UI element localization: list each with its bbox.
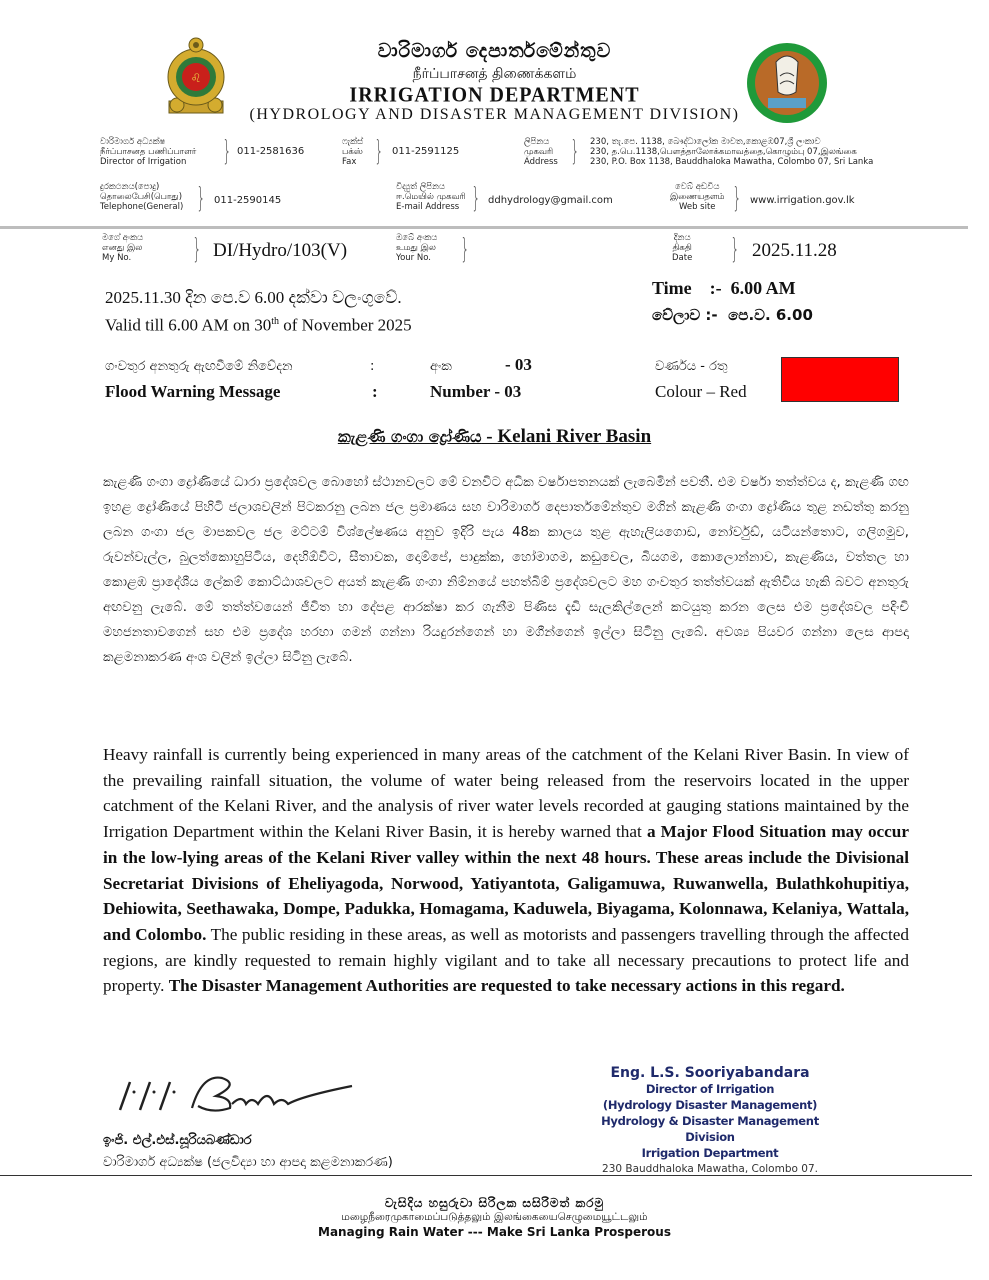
signature [112,1068,372,1118]
signatory-title-sinhala: වාරිමාර්ග අධ්‍යක්ෂ (ජලවිද්‍යා හා ආපදා කළ… [103,1155,393,1170]
validity-sinhala: 2025.11.30 දින පෙ.ව 6.00 දක්වා වලංගුවේ. [105,286,402,310]
header-title-sinhala: වාරිමාර්ග දෙපාර්තමේන්තුව [0,40,989,62]
body-english: Heavy rainfall is currently being experi… [103,742,909,999]
header-title-tamil: நீர்ப்பாசனத் திணைக்களம் [0,66,989,84]
warning-colon: : [370,359,374,374]
brace: } [374,137,383,165]
brace: } [471,184,480,212]
brace: } [730,235,739,263]
basin-title: කැළණි ගංගා ද්‍රෝණිය - Kelani River Basin [0,426,989,448]
telephone-label: දුරකථනය(පොදු) தொலைபேசி(பொது) Telephone(G… [100,182,183,212]
date-label: දිනය திகதி Date [672,233,692,263]
header-title-english: IRRIGATION DEPARTMENT [0,83,989,107]
colour-label-sinhala: වර්ණය - රතු [655,359,728,374]
brace: } [460,235,469,263]
footer-motto-english: Managing Rain Water --- Make Sri Lanka P… [0,1225,989,1239]
number-label-sinhala: අංක [430,359,452,374]
warning-colour-swatch [781,357,899,402]
number-english: Number - 03 [430,382,521,402]
warning-label-english: Flood Warning Message [105,382,280,402]
my-no-label: මගේ අංකය எனது இல My No. [102,233,143,263]
website-link[interactable]: www.irrigation.gov.lk [750,195,855,206]
footer-divider [0,1175,972,1176]
footer-motto-tamil: மழைநீரைமுகாமைப்படுத்தலும் இலங்கையைசெழுமை… [0,1211,989,1224]
brace: } [732,184,741,212]
address-label: ලිපිනය முகவரி Address [524,137,558,167]
brace: } [196,184,205,212]
colour-english: Colour – Red [655,382,747,402]
brace: } [222,137,231,165]
your-no-label: ඔබේ අංකය உமது இல Your No. [396,233,437,263]
address-lines: 230, තැ.පෙ. 1138, බෞද්ධාලෝක මාවත,කොළඹ07,… [590,137,873,167]
my-no-value: DI/Hydro/103(V) [213,240,347,262]
official-stamp: Eng. L.S. Sooriyabandara Director of Irr… [580,1065,840,1177]
brace: } [192,235,201,263]
director-phone: 011-2581636 [237,146,304,157]
email-label: විද්‍යුත් ලිපිනය ஈ.மெயில் முகவரி E-mail … [396,182,466,212]
time-sinhala: වේලාව :- පෙ.ව. 6.00 [652,306,813,324]
number-value-sinhala: - 03 [505,355,532,375]
body-sinhala: කැළණි ගංගා ද්‍රෝණියේ ධාරා ප්‍රදේශවල බොහෝ… [103,470,909,670]
brace: } [570,137,579,165]
warning-colon: : [372,382,378,402]
email-link[interactable]: ddhydrology@gmail.com [488,195,613,206]
date-value: 2025.11.28 [752,240,837,262]
website-label: වෙබ් අඩවිය இணையதளம் Web site [670,182,724,212]
telephone-number: 011-2590145 [214,195,281,206]
header-divider [0,226,968,229]
time-english: Time :- 6.00 AM [652,278,796,299]
fax-label: ෆැක්ස් பக்ஸ் Fax [342,137,363,167]
fax-number: 011-2591125 [392,146,459,157]
header-division: (HYDROLOGY AND DISASTER MANAGEMENT DIVIS… [0,106,989,124]
validity-english: Valid till 6.00 AM on 30th of November 2… [105,310,412,338]
footer-motto-sinhala: වැසිදිය හසුරුවා සිරිලක සසිරිමත් කරමු [0,1196,989,1211]
signatory-name-sinhala: ඉංජි. එල්.එස්.සූරියබණ්ඩාර [103,1133,252,1148]
warning-label-sinhala: ගංවතුර අනතුරු ඇඟවීමේ නිවේදන [105,359,293,374]
director-label: වාරිමාර්ග අධ්‍යක්ෂ நீர்ப்பாசனத பணிப்பாளர… [100,137,196,167]
